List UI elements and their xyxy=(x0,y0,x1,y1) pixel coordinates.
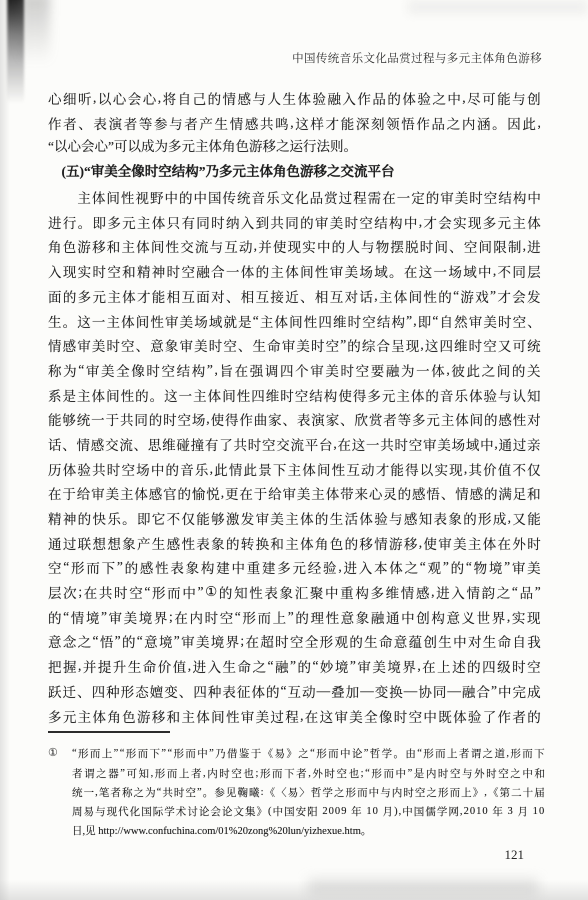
text-line: 作者、表演者等参与者产生情感共鸣,这样才能深刻领悟作品之内涵。因此, xyxy=(48,111,541,136)
text-line: 称为“审美全像时空结构”,旨在强调四个审美时空要融为一体,彼此之间的关 xyxy=(48,358,541,383)
text-line: 跃迁、四种形态嬗变、四种表征体的“互动—叠加—变换—协同—融合”中完成 xyxy=(48,679,541,704)
top-right-scan-haze xyxy=(408,0,588,14)
text-line: 主体间性视野中的中国传统音乐文化品赏过程需在一定的审美时空结构中 xyxy=(48,185,541,210)
text-line: 日,见 http://www.confuchina.com/01%20zong%… xyxy=(72,822,545,841)
text-line: 在于给审美主体感官的愉悦,更在于给审美主体带来心灵的感悟、情感的满足和 xyxy=(48,481,541,506)
running-header-title: 中国传统音乐文化品赏过程与多元主体角色游移 xyxy=(292,50,542,66)
text-line: 把握,并提升生命价值,进入生命之“融”的“妙境”审美境界,在上述的四级时空 xyxy=(48,654,541,679)
text-line: 通过联想想象产生感性表象的转换和主体角色的移情游移,使审美主体在外时 xyxy=(48,530,541,555)
text-line: 层次;在共时空“形而中”①的知性表象汇聚中重构多维情感,进入情韵之“品” xyxy=(48,580,541,605)
scanned-book-page: 中国传统音乐文化品赏过程与多元主体角色游移 心细听,以心会心,将自己的情感与人生… xyxy=(0,0,588,900)
footnote-marker: ① xyxy=(48,744,72,763)
text-line: 入现实时空和精神时空融合一体的主体间性审美场域。在这一场域中,不同层 xyxy=(48,259,541,284)
bottom-right-scan-haze xyxy=(308,879,538,895)
text-line: “以心会心”可以成为多元主体角色游移之运行法则。 xyxy=(48,135,541,160)
text-line: 角色游移和主体间性交流与互动,并使现实中的人与物摆脱时间、空间限制,进 xyxy=(48,234,541,259)
text-line: (五)“审美全像时空结构”乃多元主体角色游移之交流平台 xyxy=(48,160,541,185)
footnote-divider xyxy=(48,731,170,733)
page-corner-scan-haze xyxy=(20,0,50,64)
text-line: 历体验共时空场中的音乐,此情此景下主体间性互动才能得以实现,其价值不仅 xyxy=(48,456,541,481)
text-line: 能够统一于共同的时空场,使得作曲家、表演家、欣赏者等多元主体间的感性对 xyxy=(48,407,541,432)
text-line: 统一,笔者称之为“共时空”。参见鞠曦:《〈易〉哲学之形而中与内时空之形而上》,《… xyxy=(72,783,545,802)
text-line: 面的多元主体才能相互面对、相互接近、相互对话,主体间性的“游戏”才会发 xyxy=(48,284,541,309)
text-line: 意念之“悟”的“意境”审美境界;在超时空全形观的生命意蕴创生中对生命自我 xyxy=(48,629,541,654)
text-line: “形而上”“形而下”“形而中”乃借鉴于《易》之“形而中论”哲学。由“形而上者谓之… xyxy=(72,744,545,763)
text-line: 心细听,以心会心,将自己的情感与人生体验融入作品的体验之中,尽可能与创 xyxy=(48,86,541,111)
text-line: 系是主体间性的。这一主体间性四维时空结构使得多元主体的音乐体验与认知 xyxy=(48,382,541,407)
text-line: 多元主体角色游移和主体间性审美过程,在这审美全像时空中既体验了作者的 xyxy=(48,703,541,728)
page-number: 121 xyxy=(505,847,525,863)
text-line: 话、情感交流、思维碰撞有了共时空交流平台,在这一共时空审美场域中,通过亲 xyxy=(48,432,541,457)
text-line: 进行。即多元主体只有同时纳入到共同的审美时空结构中,才会实现多元主体 xyxy=(48,209,541,234)
left-edge-scan-shadow xyxy=(0,0,10,900)
text-line: 周易与现代化国际学术讨论会论文集》(中国安阳 2009 年 10 月),中国儒学… xyxy=(72,802,545,821)
text-line: 精神的快乐。即它不仅能够激发审美主体的生活体验与感知表象的形成,又能 xyxy=(48,506,541,531)
text-line: 空“形而下”的感性表象构建中重建多元经验,进入本体之“观”的“物境”审美 xyxy=(48,555,541,580)
text-line: 者谓之器”可知,形而上者,内时空也;形而下者,外时空也;“形而中”是内时空与外时… xyxy=(72,763,545,782)
text-line: 的“情境”审美境界;在内时空“形而上”的理性意象融通中创构意义世界,实现 xyxy=(48,604,541,629)
footnote-text: “形而上”“形而下”“形而中”乃借鉴于《易》之“形而中论”哲学。由“形而上者谓之… xyxy=(72,744,545,841)
text-line: 生。这一主体间性审美场域就是“主体间性四维时空结构”,即“自然审美时空、 xyxy=(48,308,541,333)
footnote-block: ① “形而上”“形而下”“形而中”乃借鉴于《易》之“形而中论”哲学。由“形而上者… xyxy=(48,744,545,841)
text-line: 情感审美时空、意象审美时空、生命审美时空”的综合呈现,这四维时空又可统 xyxy=(48,333,541,358)
body-text-block: 心细听,以心会心,将自己的情感与人生体验融入作品的体验之中,尽可能与创作者、表演… xyxy=(48,86,541,728)
